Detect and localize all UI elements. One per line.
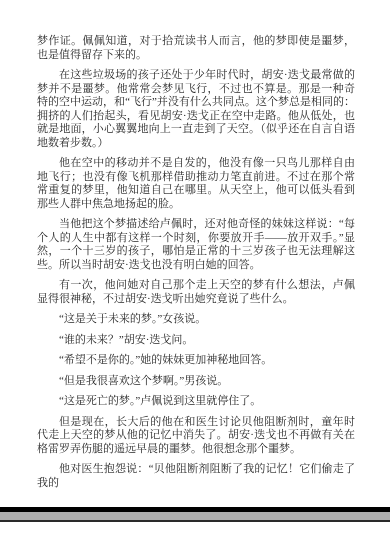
paragraph: 但是现在，长大后的他在和医生讨论贝他阻断剂时，童年时代走上天空的梦从他的记忆中消… (37, 416, 355, 457)
paragraph: 他对医生抱怨说：“贝他阻断剂阻断了我的记忆！它们偷走了我的 (37, 463, 355, 490)
paragraph: 有一次，他问她对自己那个走上天空的梦有什么想法，卢佩显得很神秘，不过胡安·迭戈听… (37, 279, 355, 306)
paragraph: 梦作证。佩佩知道，对于拾荒读书人而言，他的梦即使是噩梦，也是值得留存下来的。 (37, 35, 355, 62)
page-text: 梦作证。佩佩知道，对于拾荒读书人而言，他的梦即使是噩梦，也是值得留存下来的。 在… (37, 35, 355, 497)
paragraph: 当他把这个梦描述给卢佩时，还对他奇怪的妹妹这样说：“每个人的人生中都有这样一个时… (37, 218, 355, 272)
dialogue-line: “谁的未来？”胡安·迭戈问。 (37, 334, 355, 348)
dialogue-line: “这是死亡的梦。”卢佩说到这里就停住了。 (37, 395, 355, 409)
ebook-reader-page: 梦作证。佩佩知道，对于拾荒读书人而言，他的梦即使是噩梦，也是值得留存下来的。 在… (0, 0, 390, 546)
dialogue-line: “这是关于未来的梦。”女孩说。 (37, 313, 355, 327)
dialogue-line: “但是我很喜欢这个梦啊。”男孩说。 (37, 375, 355, 389)
paragraph: 在这些垃圾场的孩子还处于少年时代时，胡安·迭戈最常做的梦并不是噩梦。他常常会梦见… (37, 69, 355, 150)
dialogue-line: “希望不是你的。”她的妹妹更加神秘地回答。 (37, 354, 355, 368)
footer-progress-bar (0, 512, 390, 522)
paragraph: 他在空中的移动并不是自发的，他没有像一只鸟儿那样自由地飞行；也没有像飞机那样借助… (37, 157, 355, 211)
